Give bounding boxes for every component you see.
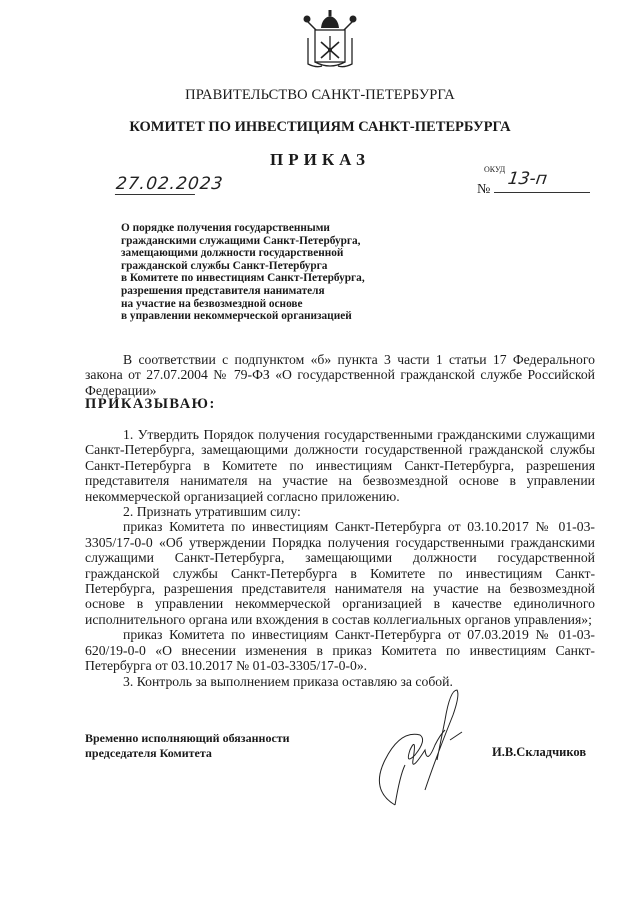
signatory-title-line: председателя Комитета	[85, 746, 290, 761]
signatory-title: Временно исполняющий обязанности председ…	[85, 731, 290, 760]
subject-line: гражданской службы Санкт-Петербурга	[121, 260, 451, 273]
legal-basis: В соответствии с подпунктом «б» пункта 3…	[85, 352, 595, 398]
order-item-3: 3. Контроль за выполнением приказа остав…	[85, 674, 595, 689]
committee-name: КОМИТЕТ ПО ИНВЕСТИЦИЯМ САНКТ-ПЕТЕРБУРГА	[0, 119, 640, 136]
order-number-field: № 13-п	[477, 178, 590, 198]
order-item-2: 2. Признать утратившим силу:	[85, 504, 595, 519]
subject-line: О порядке получения государственными	[121, 222, 451, 235]
order-number: 13-п	[506, 169, 548, 189]
revoked-order-2: приказ Комитета по инвестициям Санкт-Пет…	[85, 627, 595, 673]
signatory-name: И.В.Складчиков	[492, 745, 586, 760]
order-date: 27.02.2023	[115, 174, 197, 195]
document-type: ПРИКАЗ	[0, 150, 640, 170]
orders-heading: ПРИКАЗЫВАЮ:	[85, 396, 216, 413]
order-item-1: 1. Утвердить Порядок получения государст…	[85, 427, 595, 504]
coat-of-arms-icon	[302, 8, 358, 72]
subject-line: в управлении некоммерческой организацией	[121, 310, 451, 323]
signatory-title-line: Временно исполняющий обязанности	[85, 731, 290, 746]
subject-line: гражданскими служащими Санкт-Петербурга,	[121, 235, 451, 248]
subject-line: на участие на безвозмездной основе	[121, 298, 451, 311]
number-label: №	[477, 182, 490, 198]
number-underline: 13-п	[494, 178, 590, 193]
subject-line: в Комитете по инвестициям Санкт-Петербур…	[121, 272, 451, 285]
order-items: 1. Утвердить Порядок получения государст…	[85, 427, 595, 689]
revoked-order-1: приказ Комитета по инвестициям Санкт-Пет…	[85, 519, 595, 627]
subject-line: разрешения представителя нанимателя	[121, 285, 451, 298]
handwritten-signature-icon	[365, 680, 475, 815]
subject-line: замещающими должности государственной	[121, 247, 451, 260]
order-subject: О порядке получения государственными гра…	[121, 222, 451, 323]
okud-label: ОКУД	[484, 165, 505, 174]
government-name: ПРАВИТЕЛЬСТВО САНКТ-ПЕТЕРБУРГА	[0, 87, 640, 104]
